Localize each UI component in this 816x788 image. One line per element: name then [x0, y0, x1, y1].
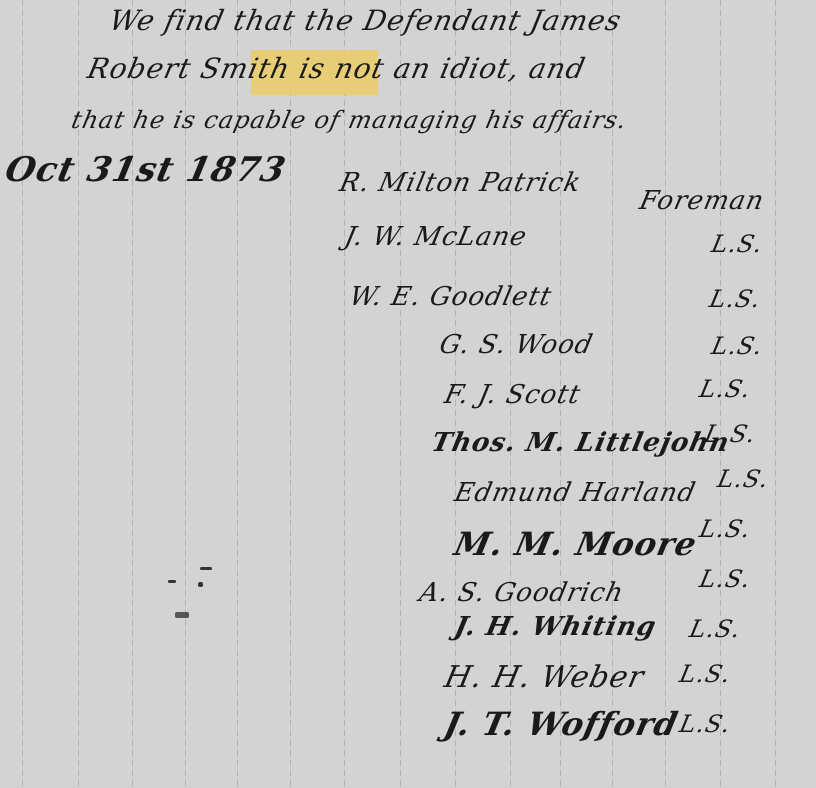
signature-mark: Foreman [637, 186, 767, 216]
signature: H. H. Weber [441, 660, 647, 695]
signature-mark: L.S. [697, 375, 754, 403]
signature-mark: L.S. [702, 420, 759, 448]
signature: G. S. Wood [437, 330, 596, 360]
signature: A. S. Goodrich [417, 578, 627, 608]
signature-mark: L.S. [697, 515, 754, 543]
document-page: We find that the Defendant James Robert … [0, 0, 816, 788]
signature-mark: L.S. [707, 285, 764, 313]
ruled-line [22, 0, 23, 788]
ink-smudge [200, 567, 212, 570]
verdict-line-1: We find that the Defendant James [106, 4, 624, 37]
signature-mark: L.S. [677, 710, 734, 738]
signature: J. H. Whiting [452, 612, 659, 642]
highlighted-name: Smith [197, 52, 293, 85]
ruled-line [665, 0, 666, 788]
signature-foreman: R. Milton Patrick [337, 168, 584, 198]
signature: Edmund Harland [452, 478, 699, 508]
ruled-line [775, 0, 776, 788]
signature: J. T. Wofford [441, 705, 682, 743]
signature: M. M. Moore [451, 525, 701, 563]
signature-mark: L.S. [715, 465, 772, 493]
signature: Thos. M. Littlejohn [429, 428, 733, 458]
signature: F. J. Scott [442, 380, 584, 410]
line-2-after: is not an idiot, and [286, 52, 588, 85]
ink-smudge [168, 580, 176, 583]
signature-mark: L.S. [687, 615, 744, 643]
verdict-line-3: that he is capable of managing his affai… [69, 106, 630, 134]
signature-mark: L.S. [697, 565, 754, 593]
ink-smudge [198, 582, 203, 587]
line-2-before: Robert [84, 52, 204, 85]
ink-smudge [175, 612, 189, 618]
signature-mark: L.S. [709, 332, 766, 360]
verdict-line-2: Robert Smith is not an idiot, and [84, 52, 588, 85]
signature: J. W. McLane [342, 222, 530, 252]
signature-mark: L.S. [677, 660, 734, 688]
signature: W. E. Goodlett [347, 282, 555, 312]
signature-mark: L.S. [709, 230, 766, 258]
verdict-date: Oct 31st 1873 [2, 150, 290, 190]
